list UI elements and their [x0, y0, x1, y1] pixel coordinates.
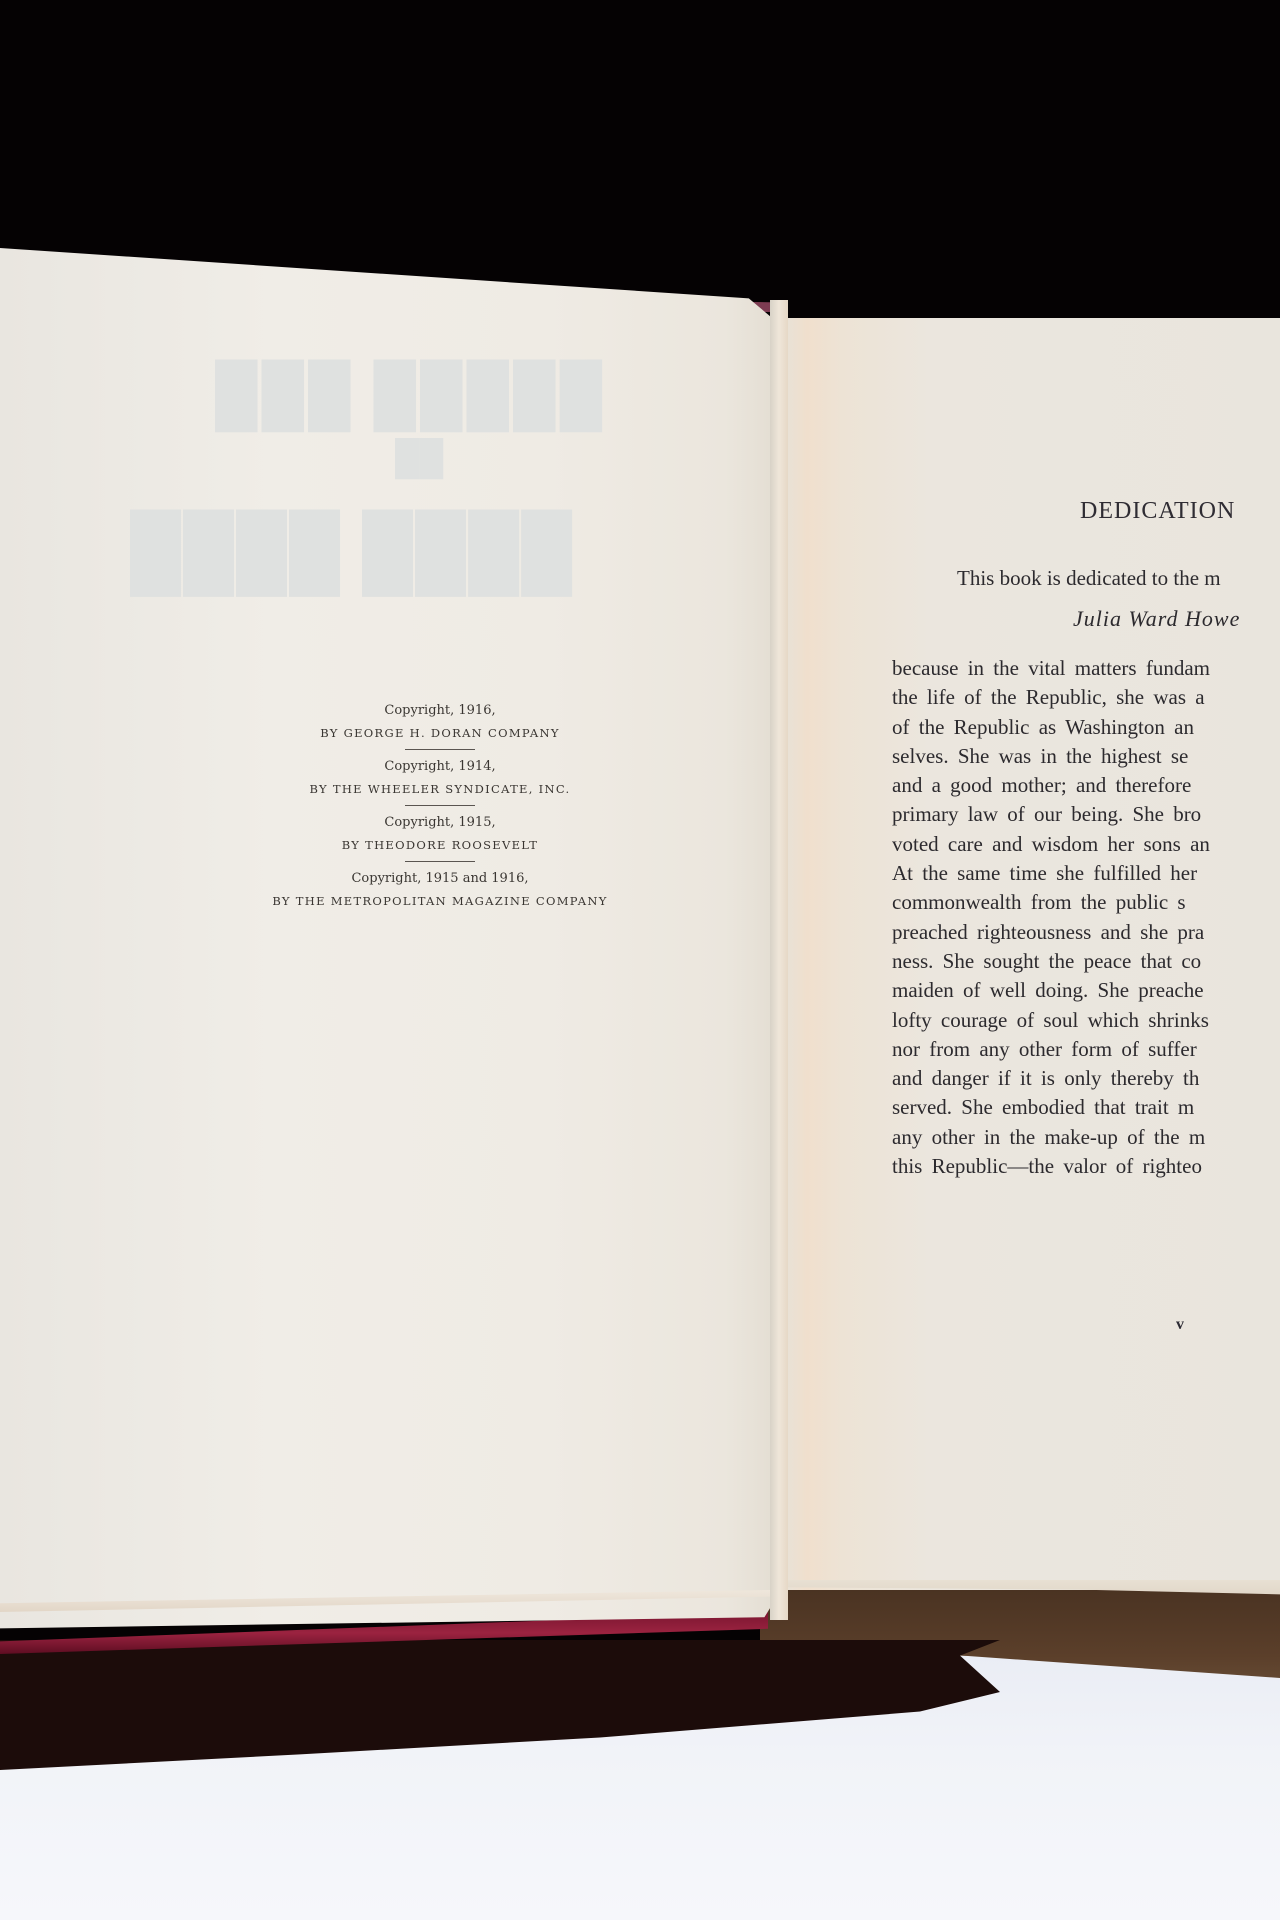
dedication-intro: This book is dedicated to the m [957, 566, 1221, 591]
body-line: lofty courage of soul which shrinks [892, 1006, 1280, 1035]
body-line: because in the vital matters fundam [892, 654, 1280, 683]
copyright-year: Copyright, 1914, [230, 756, 650, 778]
copyright-holder: BY THEODORE ROOSEVELT [230, 834, 650, 856]
body-line: primary law of our being. She bro [892, 800, 1280, 829]
dedicatee-name: Julia Ward Howe [1073, 606, 1240, 632]
body-line: maiden of well doing. She preache [892, 976, 1280, 1005]
page-number: v [1176, 1316, 1184, 1334]
body-line: this Republic—the valor of righteo [892, 1152, 1280, 1181]
show-through-title: ███ █████ [215, 360, 606, 429]
body-line: the life of the Republic, she was a [892, 683, 1280, 712]
copyright-entry: Copyright, 1914, BY THE WHEELER SYNDICAT… [230, 756, 650, 800]
copyright-entry: Copyright, 1915 and 1916, BY THE METROPO… [230, 868, 650, 912]
copyright-entry: Copyright, 1915, BY THEODORE ROOSEVELT [230, 812, 650, 856]
dedication-heading: DEDICATION [1080, 498, 1235, 525]
body-line: voted care and wisdom her sons an [892, 830, 1280, 859]
show-through-and: ██ [395, 440, 443, 478]
body-line: At the same time she fulfilled her [892, 859, 1280, 888]
book-gutter [770, 300, 788, 1620]
copyright-holder: BY GEORGE H. DORAN COMPANY [230, 722, 650, 744]
body-line: and a good mother; and therefore [892, 771, 1280, 800]
body-line: selves. She was in the highest se [892, 742, 1280, 771]
copyright-holder: BY THE METROPOLITAN MAGAZINE COMPANY [230, 890, 650, 912]
dedication-body: because in the vital matters fundam the … [892, 654, 1280, 1181]
copyright-holder: BY THE WHEELER SYNDICATE, INC. [230, 778, 650, 800]
copyright-entry: Copyright, 1916, BY GEORGE H. DORAN COMP… [230, 700, 650, 744]
copyright-year: Copyright, 1916, [230, 700, 650, 722]
body-line: of the Republic as Washington an [892, 713, 1280, 742]
show-through-subtitle: ████ ████ [130, 510, 574, 593]
body-line: commonwealth from the public s [892, 888, 1280, 917]
divider-rule [405, 861, 475, 862]
divider-rule [405, 749, 475, 750]
divider-rule [405, 805, 475, 806]
left-page [0, 248, 780, 1648]
copyright-year: Copyright, 1915, [230, 812, 650, 834]
copyright-notice: Copyright, 1916, BY GEORGE H. DORAN COMP… [230, 700, 650, 912]
copyright-year: Copyright, 1915 and 1916, [230, 868, 650, 890]
body-line: nor from any other form of suffer [892, 1035, 1280, 1064]
body-line: preached righteousness and she pra [892, 918, 1280, 947]
body-line: and danger if it is only thereby th [892, 1064, 1280, 1093]
body-line: ness. She sought the peace that co [892, 947, 1280, 976]
body-line: any other in the make-up of the m [892, 1123, 1280, 1152]
body-line: served. She embodied that trait m [892, 1093, 1280, 1122]
